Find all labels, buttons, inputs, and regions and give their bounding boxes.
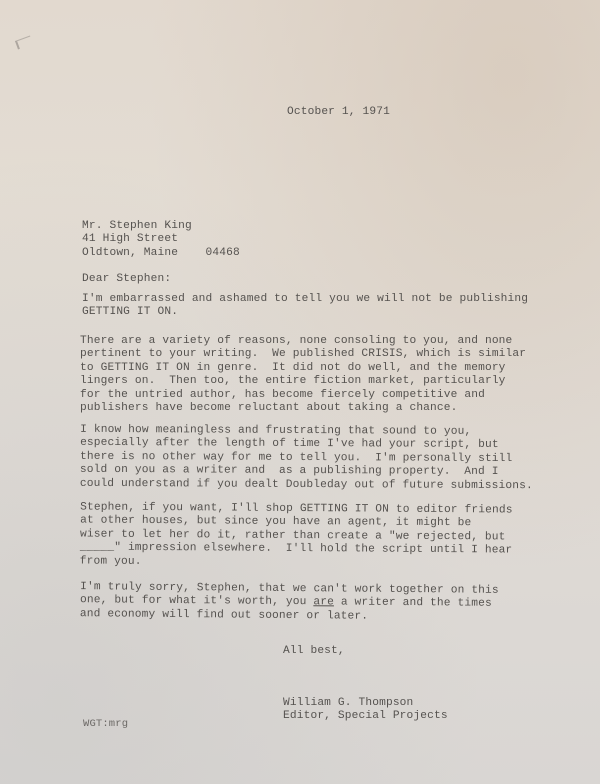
signature-block: William G. Thompson Editor, Special Proj…	[283, 697, 448, 724]
emphasis-underlined: are	[313, 597, 334, 609]
recipient-name: Mr. Stephen King	[82, 220, 192, 232]
signer-name: William G. Thompson	[283, 697, 413, 709]
recipient-address: Mr. Stephen King 41 High Street Oldtown,…	[82, 220, 240, 260]
paragraph-3: I know how meaningless and frustrating t…	[80, 424, 533, 493]
paragraph-5: I'm truly sorry, Stephen, that we can't …	[80, 581, 499, 625]
paragraph-1: I'm embarrassed and ashamed to tell you …	[82, 293, 528, 320]
paragraph-4: Stephen, if you want, I'll shop GETTING …	[80, 501, 513, 571]
recipient-city: Oldtown, Maine 04468	[82, 247, 240, 259]
pencil-mark	[15, 36, 33, 50]
letter-date: October 1, 1971	[287, 106, 390, 119]
paragraph-2: There are a variety of reasons, none con…	[80, 335, 526, 415]
reference-initials: WGT:mrg	[83, 718, 128, 731]
closing: All best,	[283, 645, 345, 658]
recipient-street: 41 High Street	[82, 233, 178, 245]
salutation: Dear Stephen:	[82, 273, 171, 286]
letter-page: October 1, 1971 Mr. Stephen King 41 High…	[0, 0, 600, 784]
signer-title: Editor, Special Projects	[283, 710, 448, 722]
